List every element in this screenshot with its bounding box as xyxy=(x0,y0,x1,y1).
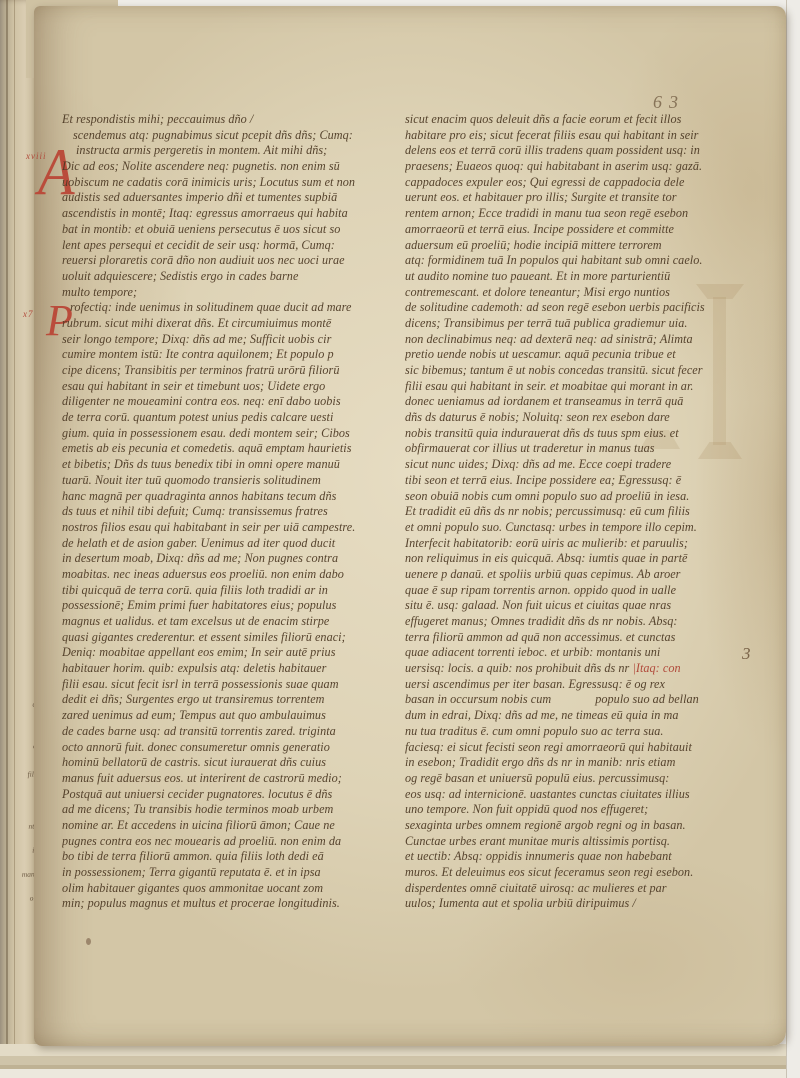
text-line: uerunt eos. et habitauer pro illis; Surg… xyxy=(405,190,743,206)
parchment-page: 63 A xviii P x7 3 Et respondistis mihi; … xyxy=(34,6,786,1046)
text-line: de terra corū. quantum potest unius pedi… xyxy=(62,410,394,426)
text-line: nobis transitū quia indurauerat dñs ds t… xyxy=(405,426,743,442)
text-line: uersi ascendimus per iter basan. Egressu… xyxy=(405,677,743,693)
text-line: Dic ad eos; Nolite ascendere neq: pugnet… xyxy=(62,159,394,175)
text-line: possessionē; Emim primi fuer habitatores… xyxy=(62,598,394,614)
text-line: nostros filios esau qui habitabant in se… xyxy=(62,520,394,536)
text-line: cipe dicens; Transibitis per terminos fr… xyxy=(62,363,394,379)
text-line: bat in montib: et obuiā ueniens persecut… xyxy=(62,222,394,238)
text-line: uersisq: locis. a quib: nos prohibuit dñ… xyxy=(405,661,743,677)
text-line: cappadoces expuler eos; Qui egressi de c… xyxy=(405,175,743,191)
text-line: de helath et de asion gaber. Uenimus ad … xyxy=(62,536,394,552)
gutter-fragment: a. xyxy=(2,699,38,709)
text-line: basan in occursum nobis cumpopulo suo ad… xyxy=(405,692,743,708)
text-line: tuarū. Nouit iter tuū quomodo transieris… xyxy=(62,473,394,489)
text-line: nomine ar. Et accedens in uicina filiorū… xyxy=(62,818,394,834)
text-line: effugeret manus; Omnes tradidit dñs ds n… xyxy=(405,614,743,630)
text-segment: populo suo ad bellan xyxy=(595,692,699,706)
gutter-fragment: id xyxy=(2,845,38,855)
text-line: atq: formidinem tuā In populos qui habit… xyxy=(405,253,743,269)
text-line: praesens; Euaeos quoq: qui habitabant in… xyxy=(405,159,743,175)
gutter-fragment: e' xyxy=(2,741,38,751)
text-segment: instructa armis pergeretis in montem. Ai… xyxy=(76,143,327,157)
text-line: nu tua traditus ē. cum omni populo suo a… xyxy=(405,724,743,740)
gutter-fragment: filii xyxy=(2,769,38,779)
text-line: dum in edrai, Dixq: dñs ad me, ne timeas… xyxy=(405,708,743,724)
text-line: tibi seon et terrā eius. Incipe possider… xyxy=(405,473,743,489)
text-line: rentem arnon; Ecce tradidi in manu tua s… xyxy=(405,206,743,222)
text-line: uno tempore. Non fuit oppidū quod nos ef… xyxy=(405,802,743,818)
text-line: et uectib: Absq: oppidis innumeris quae … xyxy=(405,849,743,865)
text-line: instructa armis pergeretis in montem. Ai… xyxy=(62,143,394,159)
chapter-number-3: 3 xyxy=(742,644,751,664)
text-segment: basan in occursum nobis cum xyxy=(405,692,551,706)
manuscript-photo: teaqsa.e'filiifntaidmaneol:t 63 A xviii … xyxy=(0,0,800,1078)
text-line: Cunctae urbes erant munitae muris altiss… xyxy=(405,834,743,850)
text-line: pugnes contra eos nec mouearis ad proeli… xyxy=(62,834,394,850)
text-line: donec ueniamus ad iordanem et transeamus… xyxy=(405,394,743,410)
gutter-fragment: t xyxy=(2,127,38,137)
gutter-fragment: ol: xyxy=(2,893,38,903)
gutter-fragment: e xyxy=(2,167,38,177)
gutter-fragment: f xyxy=(2,799,38,809)
text-line: amorraeorū et terrā eius. Incipe posside… xyxy=(405,222,743,238)
text-line: rubrum. sicut mihi dixerat dñs. Et circu… xyxy=(62,316,394,332)
folio-number: 63 xyxy=(653,92,685,113)
text-line: ascendistis in montē; Itaq: egressus amo… xyxy=(62,206,394,222)
text-line: faciesq: ei sicut fecisti seon regi amor… xyxy=(405,740,743,756)
text-line: quasi gigantes crederentur. et essent si… xyxy=(62,630,394,646)
text-line: et bibetis; Dñs ds tuus benedix tibi in … xyxy=(62,457,394,473)
text-line: min; populus magnus et multus et procera… xyxy=(62,896,394,912)
chapter-mark-left-p: x7 xyxy=(23,309,34,319)
text-line: terra filiorū ammon ad quā non accessimu… xyxy=(405,630,743,646)
text-line: cumire montem istū: Ite contra aquilonem… xyxy=(62,347,394,363)
text-segment: scendemus atq: pugnabimus sicut pcepit d… xyxy=(73,128,353,142)
text-line: emetis ab eis pecunia et comedetis. aquā… xyxy=(62,441,394,457)
text-segment: uersisq: locis. a quib: nos prohibuit dñ… xyxy=(405,661,632,675)
text-line: Et respondistis mihi; peccauimus dño / xyxy=(62,112,394,128)
text-line: in desertum moab, Dixq: dñs ad me; Non p… xyxy=(62,551,394,567)
text-line: ut audito nomine tuo paueant. Et in more… xyxy=(405,269,743,285)
text-line: Deniq: moabitae appellant eos emim; In s… xyxy=(62,645,394,661)
text-line: non declinabimus neq: ad dexterā neq: ad… xyxy=(405,332,743,348)
text-line: uobiscum ne cadatis corā inimicis uris; … xyxy=(62,175,394,191)
text-line: esau qui habitant in seir et timebunt uo… xyxy=(62,379,394,395)
text-line: sicut enacim quos deleuit dñs a facie eo… xyxy=(405,112,743,128)
text-line: gium. quia in possessionem esau. dedi mo… xyxy=(62,426,394,442)
text-line: dedit ei dñs; Surgentes ergo ut transire… xyxy=(62,692,394,708)
text-line: diligenter ne moueamini contra eos. neq:… xyxy=(62,394,394,410)
ink-speck xyxy=(86,938,91,945)
text-line: habitare pro eis; sicut fecerat filiis e… xyxy=(405,128,743,144)
left-column: Et respondistis mihi; peccauimus dño /sc… xyxy=(62,112,394,912)
page-edge-stack xyxy=(0,1044,800,1078)
text-line: sicut nunc uides; Dixq: dñs ad me. Ecce … xyxy=(405,457,743,473)
text-line: in esebon; Tradidit ergo dñs ds nr in ma… xyxy=(405,755,743,771)
text-line: lent apes persequi et cecidit de seir us… xyxy=(62,238,394,254)
text-line: zared uenimus ad eum; Tempus aut quo amb… xyxy=(62,708,394,724)
gutter-fragment: q xyxy=(2,451,38,461)
photo-backdrop xyxy=(786,0,800,1078)
chapter-mark-left-a: xviii xyxy=(26,151,47,161)
text-line: uenere p danaū. et spoliis urbiū quas ce… xyxy=(405,567,743,583)
text-line: muros. Et deleuimus eos sicut feceramus … xyxy=(405,865,743,881)
text-line: dñs ds daturus ē nobis; Noluitq: seon re… xyxy=(405,410,743,426)
text-line: dicens; Transibimus per terrā tuā public… xyxy=(405,316,743,332)
gutter-fragment: mane xyxy=(2,869,38,879)
rubric-text: |Itaq: con xyxy=(632,661,680,675)
text-line: habitauer horim. quib: expulsis atq: del… xyxy=(62,661,394,677)
text-line: filii esau. sicut fecit isrl in terrā po… xyxy=(62,677,394,693)
text-line: moabitas. nec ineas aduersus eos proeliū… xyxy=(62,567,394,583)
text-line: de solitudine cademoth: ad seon regē ese… xyxy=(405,300,743,316)
text-line: seon obuiā nobis cum omni populo suo ad … xyxy=(405,489,743,505)
text-segment: rofectiq: inde uenimus in solitudinem qu… xyxy=(70,300,352,314)
text-line: octo annorū fuit. donec consumeretur omn… xyxy=(62,740,394,756)
text-line: filii esau qui habitant in seir. et moab… xyxy=(405,379,743,395)
text-line: quae adiacent torrenti ieboc. et urbib: … xyxy=(405,645,743,661)
text-line: olim habitauer gigantes quos ammonitae u… xyxy=(62,881,394,897)
gutter-fragment: s xyxy=(2,561,38,571)
text-line: seir longo tempore; Dixq: dñs ad me; Suf… xyxy=(62,332,394,348)
text-line: hanc magnā per quadraginta annos habitan… xyxy=(62,489,394,505)
text-line: de cades barne usq: ad transitū torrenti… xyxy=(62,724,394,740)
text-line: rofectiq: inde uenimus in solitudinem qu… xyxy=(62,300,394,316)
text-line: aduersum eū proeliū; hodie incipiā mitte… xyxy=(405,238,743,254)
text-line: delens eos et terrā corū illis tradens q… xyxy=(405,143,743,159)
gutter-fragment: nta xyxy=(2,821,38,831)
text-line: eos usq: ad internicionē. uastantes cunc… xyxy=(405,787,743,803)
text-line: sic bibemus; tantum ē ut nobis concedas … xyxy=(405,363,743,379)
text-line: sexaginta urbes omnem regionē argob regn… xyxy=(405,818,743,834)
text-line: tibi quicquā de terra corū. quia filiis … xyxy=(62,583,394,599)
text-line: audistis sed aduersantes imperio dñi et … xyxy=(62,190,394,206)
text-line: uoluit adquiescere; Sedistis ergo in cad… xyxy=(62,269,394,285)
text-line: Interfecit habitatorib: eorū uiris ac mu… xyxy=(405,536,743,552)
text-line: hominū bellatorū de castris. sicut iurau… xyxy=(62,755,394,771)
text-line: og regē basan et uniuersū populū eius. p… xyxy=(405,771,743,787)
text-line: multo tempore; xyxy=(62,285,394,301)
text-line: uulos; Iumenta aut et spolia urbiū dirip… xyxy=(405,896,743,912)
gutter-fragment: t xyxy=(2,917,38,927)
right-column: sicut enacim quos deleuit dñs a facie eo… xyxy=(405,112,743,912)
text-line: et omni populo suo. Cunctasq: urbes in t… xyxy=(405,520,743,536)
text-line: reuersi ploraretis corā dño non audiuit … xyxy=(62,253,394,269)
text-line: obfirmauerat cor illius ut traderetur in… xyxy=(405,441,743,457)
text-line: Postquā aut uniuersi cecider pugnatores.… xyxy=(62,787,394,803)
text-line: magnus et ualidus. et tam excelsus ut de… xyxy=(62,614,394,630)
text-line: situ ē. usq: galaad. Non fuit uicus et c… xyxy=(405,598,743,614)
text-line: contremescant. et dolore teneantur; Misi… xyxy=(405,285,743,301)
text-line: bo tibi de terra filiorū ammon. quia fil… xyxy=(62,849,394,865)
text-line: manus fuit aduersus eos. ut interirent d… xyxy=(62,771,394,787)
text-line: non reliquimus in eis quicquā. Absq: ium… xyxy=(405,551,743,567)
text-line: pretio uende nobis ut uescamur. aquā pec… xyxy=(405,347,743,363)
text-line: disperdentes omnē ciuitatē uirosq: ac mu… xyxy=(405,881,743,897)
text-line: ad me dicens; Tu transibis hodie termino… xyxy=(62,802,394,818)
text-line: ds tuus et nihil tibi defuit; Cumq: tran… xyxy=(62,504,394,520)
text-line: in possessionem; Terra gigantū reputata … xyxy=(62,865,394,881)
text-line: Et tradidit eū dñs ds nr nobis; percussi… xyxy=(405,504,743,520)
text-line: scendemus atq: pugnabimus sicut pcepit d… xyxy=(62,128,394,144)
text-line: quae ē sup ripam torrentis arnon. oppido… xyxy=(405,583,743,599)
